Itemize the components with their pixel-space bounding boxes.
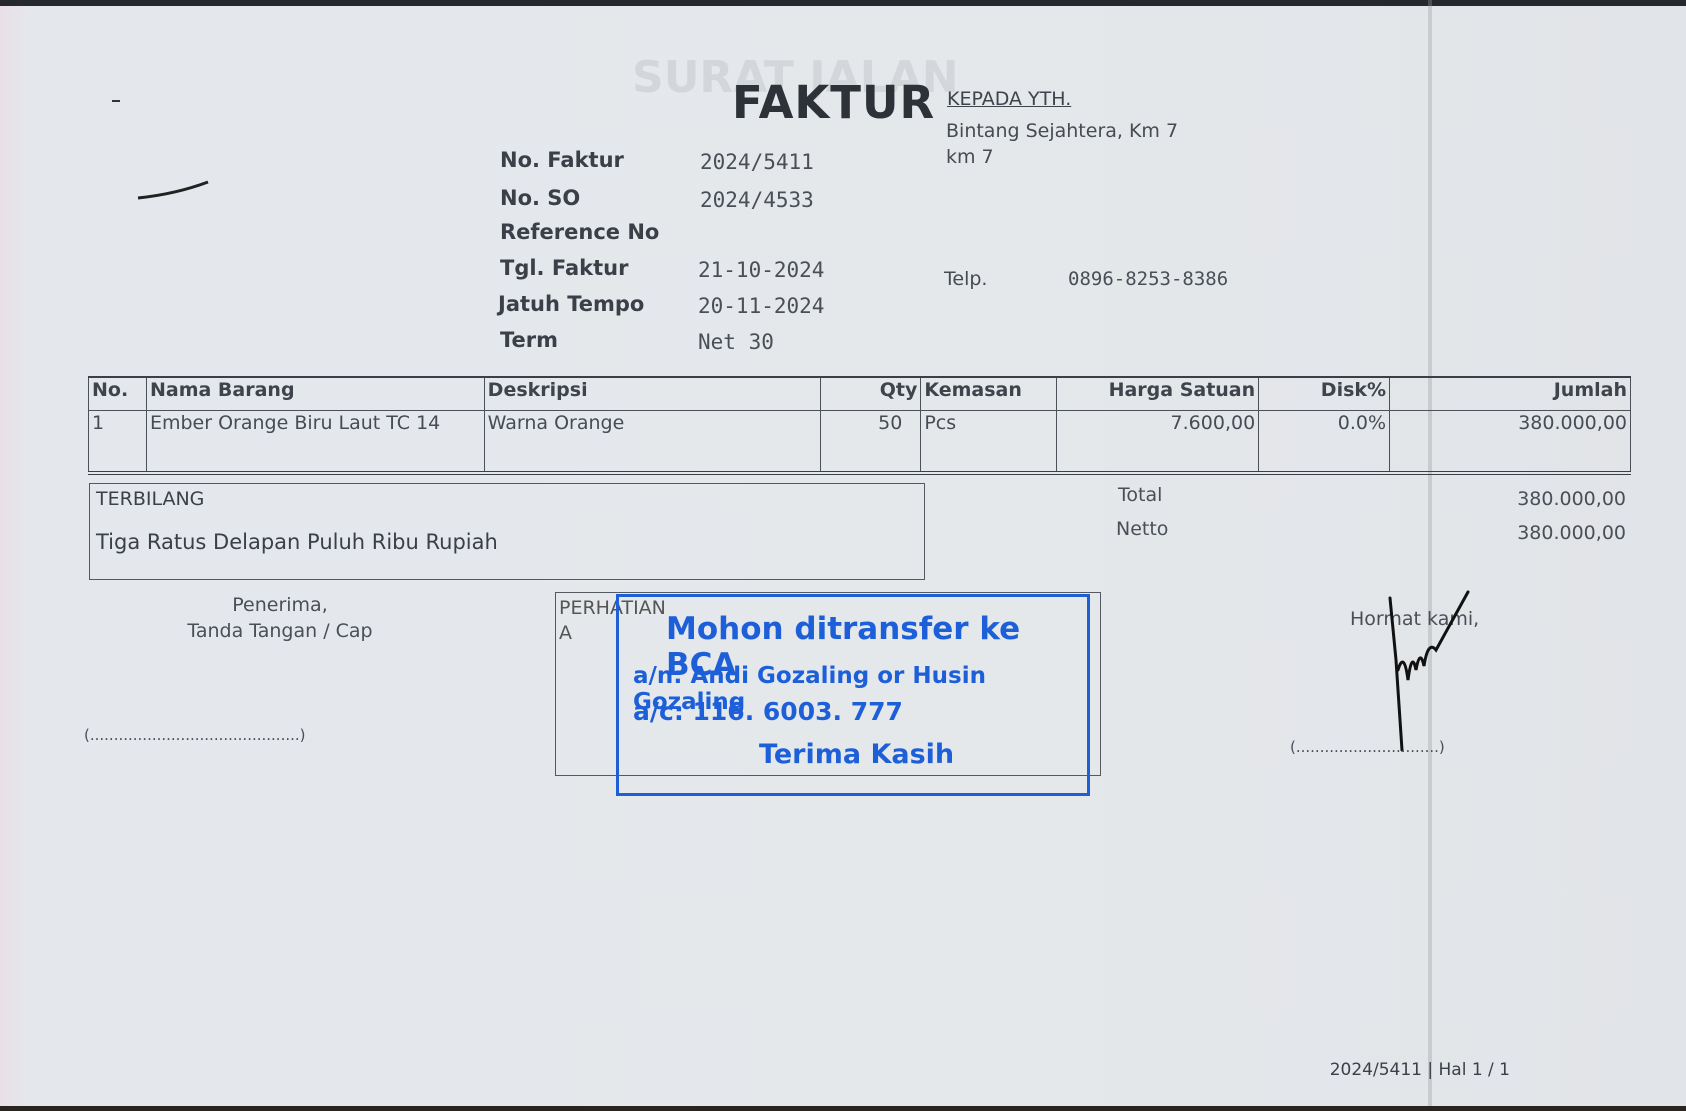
- document-title: FAKTUR: [732, 76, 935, 129]
- bank-transfer-stamp: Mohon ditransfer ke BCA a/n: Andi Gozali…: [616, 594, 1090, 796]
- meta-label-jatuh-tempo: Jatuh Tempo: [498, 292, 644, 316]
- paper-bottom-edge: [0, 1106, 1686, 1111]
- receiver-label: Penerima,: [160, 594, 400, 616]
- column-header-deskripsi: Deskripsi: [484, 377, 821, 411]
- column-header-jumlah: Jumlah: [1390, 377, 1631, 411]
- column-header-qty: Qty: [821, 377, 921, 411]
- meta-label-no-faktur: No. Faktur: [500, 148, 624, 172]
- terbilang-box: TERBILANG Tiga Ratus Delapan Puluh Ribu …: [89, 483, 925, 580]
- meta-label-tgl-faktur: Tgl. Faktur: [500, 256, 628, 280]
- cell-kemasan: Pcs: [921, 411, 1057, 473]
- cell-qty: 50: [821, 411, 921, 473]
- meta-label-term: Term: [500, 328, 558, 352]
- meta-value-jatuh-tempo: 20-11-2024: [698, 294, 824, 318]
- recipient-phone-label: Telp.: [944, 268, 987, 290]
- netto-label: Netto: [1116, 518, 1168, 540]
- sender-signature-line: (..............................): [1290, 738, 1445, 756]
- stamp-line-account-number: a/c: 116. 6003. 777: [633, 697, 903, 726]
- meta-label-reference-no: Reference No: [500, 220, 659, 244]
- perhatian-label-line2: A: [559, 622, 572, 644]
- meta-value-tgl-faktur: 21-10-2024: [698, 258, 824, 282]
- pen-mark: [112, 100, 120, 102]
- total-value: 380.000,00: [1517, 488, 1626, 510]
- cell-disk: 0.0%: [1259, 411, 1390, 473]
- cell-nama-barang: Ember Orange Biru Laut TC 14: [146, 411, 484, 473]
- meta-value-no-faktur: 2024/5411: [700, 150, 814, 174]
- column-header-no: No.: [89, 377, 147, 411]
- cell-jumlah: 380.000,00: [1390, 411, 1631, 473]
- pen-stroke-icon: [136, 176, 212, 204]
- paper-fold-line: [1428, 0, 1432, 1111]
- column-header-nama-barang: Nama Barang: [146, 377, 484, 411]
- meta-label-no-so: No. SO: [500, 186, 580, 210]
- cell-deskripsi: Warna Orange: [484, 411, 821, 473]
- stamp-line-thanks: Terima Kasih: [759, 739, 954, 770]
- column-header-kemasan: Kemasan: [921, 377, 1057, 411]
- terbilang-text: Tiga Ratus Delapan Puluh Ribu Rupiah: [96, 530, 498, 554]
- netto-value: 380.000,00: [1517, 522, 1626, 544]
- page-footer: 2024/5411 | Hal 1 / 1: [1330, 1060, 1510, 1080]
- column-header-disk: Disk%: [1259, 377, 1390, 411]
- receiver-sign-label: Tanda Tangan / Cap: [150, 620, 410, 642]
- handwritten-signature-icon: [1380, 590, 1480, 756]
- paper-top-edge: [0, 0, 1686, 6]
- receiver-signature-line: (.......................................…: [84, 726, 306, 744]
- total-label: Total: [1118, 484, 1162, 506]
- items-table: No. Nama Barang Deskripsi Qty Kemasan Ha…: [88, 376, 1631, 475]
- cell-no: 1: [89, 411, 147, 473]
- column-header-harga-satuan: Harga Satuan: [1057, 377, 1259, 411]
- recipient-address-line1: Bintang Sejahtera, Km 7: [946, 120, 1178, 142]
- recipient-address-line2: km 7: [946, 146, 994, 168]
- recipient-phone: 0896-8253-8386: [1068, 268, 1228, 290]
- table-row: 1 Ember Orange Biru Laut TC 14 Warna Ora…: [89, 411, 1631, 473]
- meta-value-term: Net 30: [698, 330, 774, 354]
- cell-harga-satuan: 7.600,00: [1057, 411, 1259, 473]
- table-header-row: No. Nama Barang Deskripsi Qty Kemasan Ha…: [89, 377, 1631, 411]
- recipient-header: KEPADA YTH.: [947, 88, 1071, 110]
- terbilang-label: TERBILANG: [96, 488, 204, 510]
- meta-value-no-so: 2024/4533: [700, 188, 814, 212]
